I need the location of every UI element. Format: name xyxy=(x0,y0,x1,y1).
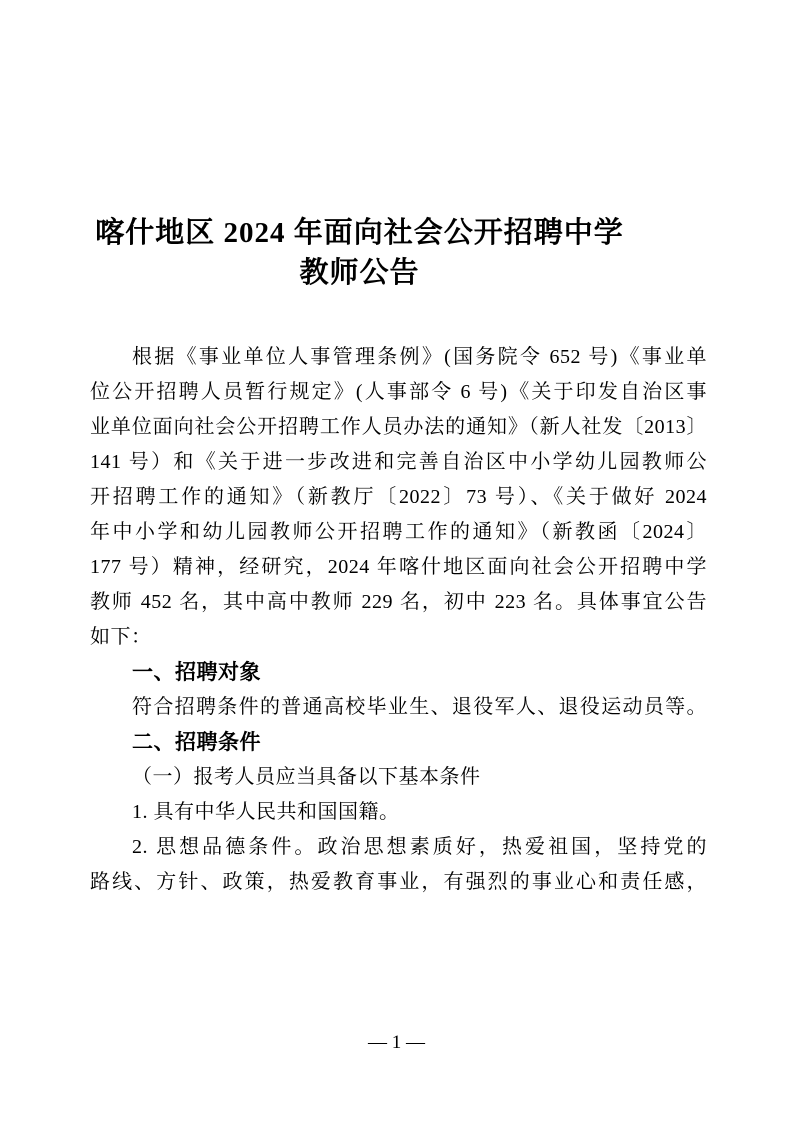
body-line: 业单位面向社会公开招聘工作人员办法的通知》（新人社发〔2013〕 xyxy=(90,410,707,445)
body-line: 2. 思想品德条件。政治思想素质好，热爱祖国，坚持党的 xyxy=(90,830,707,865)
body-line: 年中小学和幼儿园教师公开招聘工作的通知》（新教函〔2024〕 xyxy=(90,515,707,550)
body-line: 开招聘工作的通知》（新教厅〔2022〕73 号）、《关于做好 2024 xyxy=(90,480,707,515)
document-title: 喀什地区 2024 年面向社会公开招聘中学 教师公告 xyxy=(90,213,707,293)
body-line: 1. 具有中华人民共和国国籍。 xyxy=(90,795,707,830)
document-page: 喀什地区 2024 年面向社会公开招聘中学 教师公告 根据《事业单位人事管理条例… xyxy=(0,0,793,1122)
body-line: 根据《事业单位人事管理条例》(国务院令 652 号)《事业单 xyxy=(90,340,707,375)
document-title-line-2: 教师公告 xyxy=(90,253,629,293)
section-heading-recruitment-targets: 一、招聘对象 xyxy=(90,655,707,690)
document-title-line-1: 喀什地区 2024 年面向社会公开招聘中学 xyxy=(90,213,629,253)
body-line: 177 号）精神，经研究，2024 年喀什地区面向社会公开招聘中学 xyxy=(90,550,707,585)
sub-heading-basic-conditions: （一）报考人员应当具备以下基本条件 xyxy=(90,760,707,795)
body-line: 如下： xyxy=(90,620,707,655)
document-content: 喀什地区 2024 年面向社会公开招聘中学 教师公告 根据《事业单位人事管理条例… xyxy=(90,0,707,900)
body-line: 教师 452 名，其中高中教师 229 名，初中 223 名。具体事宜公告 xyxy=(90,585,707,620)
body-line: 符合招聘条件的普通高校毕业生、退役军人、退役运动员等。 xyxy=(90,690,707,725)
body-line: 位公开招聘人员暂行规定》(人事部令 6 号)《关于印发自治区事 xyxy=(90,375,707,410)
page-number: — 1 — xyxy=(0,1028,793,1058)
section-heading-recruitment-conditions: 二、招聘条件 xyxy=(90,725,707,760)
document-body: 根据《事业单位人事管理条例》(国务院令 652 号)《事业单 位公开招聘人员暂行… xyxy=(90,340,707,900)
body-line: 路线、方针、政策，热爱教育事业，有强烈的事业心和责任感， xyxy=(90,865,707,900)
body-line: 141 号）和《关于进一步改进和完善自治区中小学幼儿园教师公 xyxy=(90,445,707,480)
